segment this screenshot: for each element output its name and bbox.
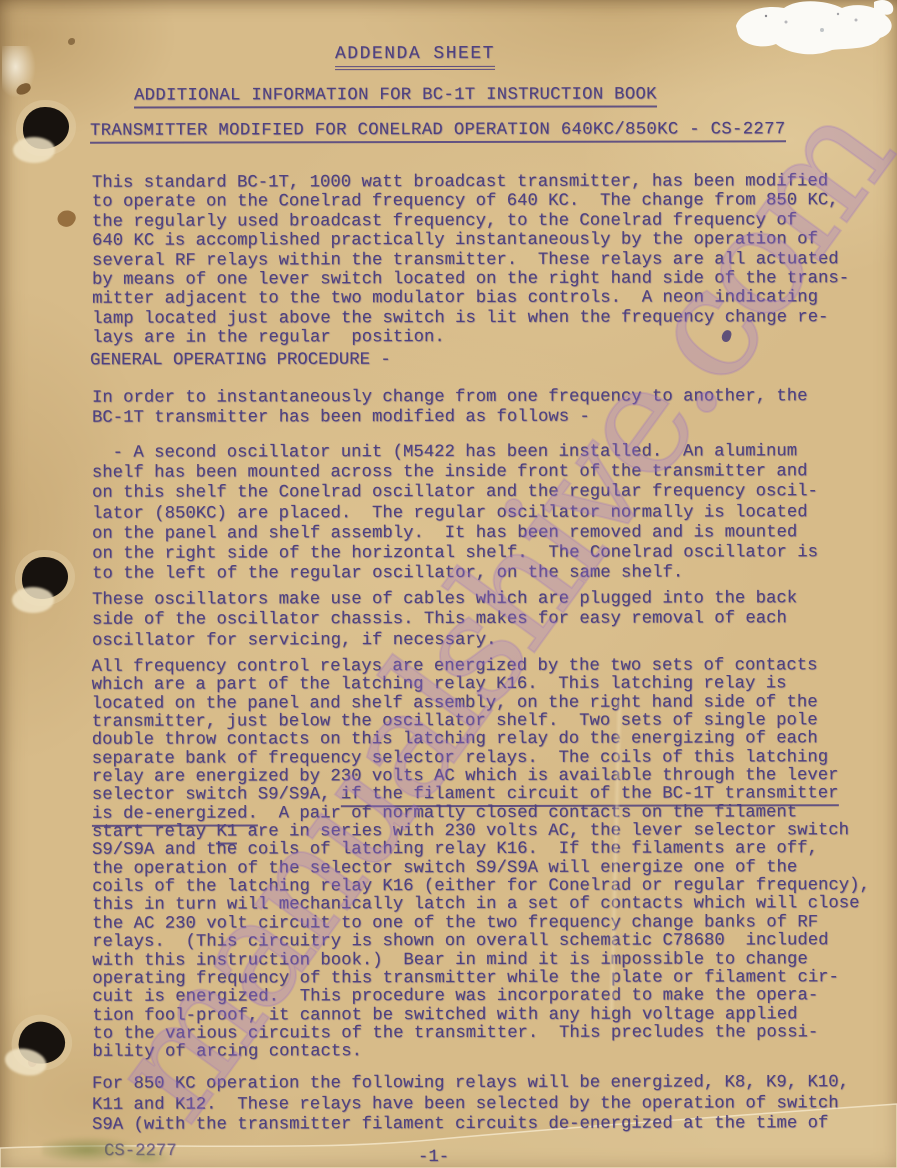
text-line: These oscillators make use of cables whi… xyxy=(92,589,797,611)
paragraph-modified-as-follows: In order to instantaneously change from … xyxy=(92,387,808,428)
text-line: K11 and K12. These relays have been sele… xyxy=(92,1094,849,1116)
text-line: several RF relays within the transmitter… xyxy=(92,250,849,271)
doc-subject-line: TRANSMITTER MODIFIED FOR CONELRAD OPERAT… xyxy=(90,120,786,141)
paragraph-850kc-operation: For 850 KC operation the following relay… xyxy=(92,1073,849,1136)
text-line: - A second oscillator unit (M5422 has be… xyxy=(92,442,818,464)
text-line: TRANSMITTER MODIFIED FOR CONELRAD OPERAT… xyxy=(90,120,786,141)
paragraph-second-oscillator: - A second oscillator unit (M5422 has be… xyxy=(92,442,818,585)
text-line: ADDENDA SHEET xyxy=(335,44,495,64)
text-line: lator (850KC) are placed. The regular os… xyxy=(92,503,818,525)
paragraph-oscillator-cables: These oscillators make use of cables whi… xyxy=(92,589,797,652)
scanned-document-page: ADDENDA SHEET ADDITIONAL INFORMATION FOR… xyxy=(0,0,897,1168)
paragraph-intro: This standard BC-1T, 1000 watt broadcast… xyxy=(92,172,849,348)
typed-text-layer: ADDENDA SHEET ADDITIONAL INFORMATION FOR… xyxy=(0,0,897,1168)
text-line: on the panel and shelf assembly. It has … xyxy=(92,523,818,545)
whiteout-blob xyxy=(726,0,896,72)
text-line: S9A (with the transmitter filament circu… xyxy=(92,1114,849,1136)
doc-subtitle: ADDITIONAL INFORMATION FOR BC-1T INSTRUC… xyxy=(134,85,657,106)
text-line: In order to instantaneously change from … xyxy=(92,387,808,408)
text-line: mitter adjacent to the two modulator bia… xyxy=(92,289,849,310)
text-line: by means of one lever switch located on … xyxy=(92,269,849,290)
text-line: BC-1T transmitter has been modified as f… xyxy=(92,407,808,428)
text-line: side of the oscillator chassis. This mak… xyxy=(92,610,797,632)
doc-title: ADDENDA SHEET xyxy=(335,44,495,64)
text-line: lamp located just above the switch is li… xyxy=(92,308,849,329)
text-line: This standard BC-1T, 1000 watt broadcast… xyxy=(92,172,849,193)
text-line: 640 KC is accomplished practically insta… xyxy=(92,230,849,251)
text-line: GENERAL OPERATING PROCEDURE - xyxy=(90,351,391,372)
text-line: lays are in the regular position. xyxy=(92,327,849,348)
text-line: oscillator for servicing, if necessary. xyxy=(92,630,797,652)
text-line: ADDITIONAL INFORMATION FOR BC-1T INSTRUC… xyxy=(134,85,657,106)
text-line: on the right side of the horizontal shel… xyxy=(92,543,818,565)
text-line: shelf has been mounted across the inside… xyxy=(92,462,818,484)
footer-page-number: -1- xyxy=(418,1148,449,1168)
text-line: on this shelf the Conelrad oscillator an… xyxy=(92,483,818,505)
heading-general-operating-procedure: GENERAL OPERATING PROCEDURE - xyxy=(90,351,391,372)
paragraph-latching-relay: All frequency control relays are energiz… xyxy=(92,657,871,1062)
green-stain xyxy=(118,1148,174,1166)
text-line: the regularly used broadcast frequency, … xyxy=(92,211,849,232)
text-line: to the left of the regular oscillator, o… xyxy=(92,563,818,585)
text-line: bility of arcing contacts. xyxy=(92,1042,870,1062)
text-line: to the various circuits of the transmitt… xyxy=(92,1024,870,1044)
text-line: to operate on the Conelrad frequency of … xyxy=(92,192,849,213)
text-line: For 850 KC operation the following relay… xyxy=(92,1073,849,1095)
